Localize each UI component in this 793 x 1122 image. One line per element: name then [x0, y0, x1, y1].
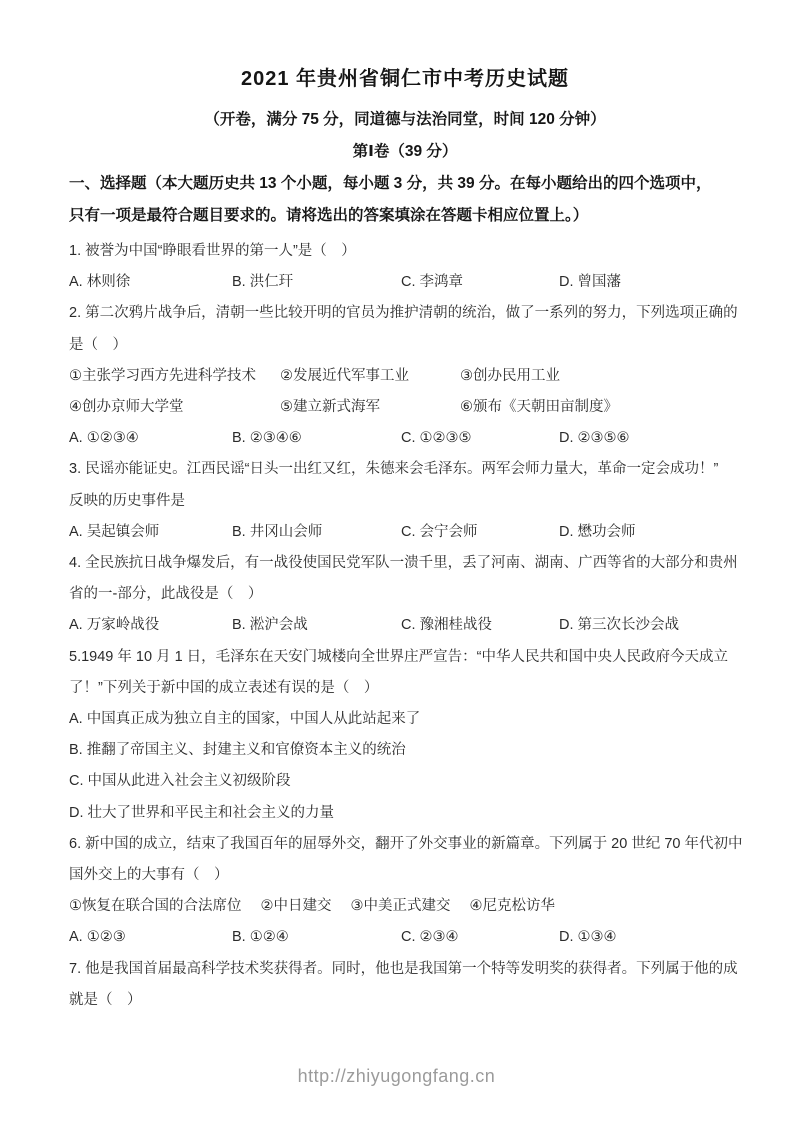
question-6-stem-line: 国外交上的大事有（ ） — [69, 860, 741, 891]
question-2: 2. 第二次鸦片战争后，清朝一些比较开明的官员为推护清朝的统治，做了一系列的努力… — [69, 298, 741, 454]
option-cell: C. 李鸿章 — [401, 267, 559, 298]
question-6: 6. 新中国的成立，结束了我国百年的屈辱外交，翻开了外交事业的新篇章。下列属于 … — [69, 829, 741, 954]
question-7-stem-line: 7. 他是我国首届最高科学技术奖获得者。同时，他也是我国第一个特等发明奖的获得者… — [69, 954, 741, 985]
question-5-option-line: B. 推翻了帝国主义、封建主义和官僚资本主义的统治 — [69, 735, 741, 766]
question-5-stem-line: 了！”下列关于新中国的成立表述有误的是（ ） — [69, 673, 741, 704]
question-1-options-row: A. 林则徐B. 洪仁玕C. 李鸿章D. 曾国藩 — [69, 267, 741, 298]
question-4: 4. 全民族抗日战争爆发后，有一战役使国民党军队一溃千里，丢了河南、湖南、广西等… — [69, 548, 741, 642]
question-5-option-line: D. 壮大了世界和平民主和社会主义的力量 — [69, 798, 741, 829]
exam-page: 2021 年贵州省铜仁市中考历史试题 （开卷，满分 75 分，同道德与法治同堂，… — [0, 0, 793, 1122]
option-cell: D. ①③④ — [559, 922, 741, 953]
option-cell: B. 洪仁玕 — [232, 267, 401, 298]
option-cell: C. 会宁会师 — [401, 517, 559, 548]
exam-meta-line: （开卷，满分 75 分，同道德与法治同堂，时间 120 分钟） — [69, 104, 741, 136]
question-2-items-row: ④创办京师大学堂⑤建立新式海军⑥颁布《天朝田亩制度》 — [69, 392, 741, 423]
numbered-item-cell: ③中美正式建交 — [351, 898, 451, 914]
question-2-stem-line: 2. 第二次鸦片战争后，清朝一些比较开明的官员为推护清朝的统治，做了一系列的努力… — [69, 298, 741, 329]
question-5-option-line: C. 中国从此进入社会主义初级阶段 — [69, 766, 741, 797]
option-cell: B. ②③④⑥ — [232, 423, 401, 454]
question-4-stem-line: 4. 全民族抗日战争爆发后，有一战役使国民党军队一溃千里，丢了河南、湖南、广西等… — [69, 548, 741, 579]
option-cell: B. 井冈山会师 — [232, 517, 401, 548]
section-heading: 一、选择题（本大题历史共 13 个小题，每小题 3 分，共 39 分。在每小题给… — [69, 168, 741, 232]
question-1-stem-line: 1. 被誉为中国“睁眼看世界的第一人”是（ ） — [69, 236, 741, 267]
option-cell: C. ②③④ — [401, 922, 559, 953]
question-5-stem-line: 5.1949 年 10 月 1 日，毛泽东在天安门城楼向全世界庄严宣告：“中华人… — [69, 642, 741, 673]
question-2-items-row: ①主张学习西方先进科学技术②发展近代军事工业③创办民用工业 — [69, 361, 741, 392]
numbered-item-cell: ②中日建交 — [261, 898, 332, 914]
section-heading-line-2: 只有一项是最符合题目要求的。请将选出的答案填涂在答题卡相应位置上。） — [69, 200, 741, 232]
question-1: 1. 被誉为中国“睁眼看世界的第一人”是（ ）A. 林则徐B. 洪仁玕C. 李鸿… — [69, 236, 741, 298]
option-cell: C. ①②③⑤ — [401, 423, 559, 454]
numbered-item-cell: ③创办民用工业 — [460, 361, 741, 392]
question-3: 3. 民谣亦能证史。江西民谣“日头一出红又红，朱德来会毛泽东。两军会师力量大，革… — [69, 454, 741, 548]
question-6-items-row: ①恢复在联合国的合法席位②中日建交③中美正式建交④尼克松访华 — [69, 891, 741, 922]
question-2-options-row: A. ①②③④B. ②③④⑥C. ①②③⑤D. ②③⑤⑥ — [69, 423, 741, 454]
option-cell: A. 林则徐 — [69, 267, 232, 298]
question-2-stem-line: 是（ ） — [69, 330, 741, 361]
option-cell: B. 淞沪会战 — [232, 610, 401, 641]
numbered-item-cell: ①恢复在联合国的合法席位 — [69, 898, 242, 914]
option-cell: D. ②③⑤⑥ — [559, 423, 741, 454]
question-3-options-row: A. 吴起镇会师B. 井冈山会师C. 会宁会师D. 懋功会师 — [69, 517, 741, 548]
question-3-stem-line: 3. 民谣亦能证史。江西民谣“日头一出红又红，朱德来会毛泽东。两军会师力量大，革… — [69, 454, 741, 485]
numbered-item-cell: ④尼克松访华 — [470, 898, 556, 914]
watermark-url: http://zhiyugongfang.cn — [0, 1064, 793, 1088]
question-6-options-row: A. ①②③B. ①②④C. ②③④D. ①③④ — [69, 922, 741, 953]
option-cell: A. 万家岭战役 — [69, 610, 232, 641]
question-7: 7. 他是我国首届最高科学技术奖获得者。同时，他也是我国第一个特等发明奖的获得者… — [69, 954, 741, 1016]
question-3-stem-line: 反映的历史事件是 — [69, 486, 741, 517]
option-cell: D. 曾国藩 — [559, 267, 741, 298]
question-6-stem-line: 6. 新中国的成立，结束了我国百年的屈辱外交，翻开了外交事业的新篇章。下列属于 … — [69, 829, 741, 860]
option-cell: D. 第三次长沙会战 — [559, 610, 741, 641]
page-title: 2021 年贵州省铜仁市中考历史试题 — [69, 64, 741, 94]
numbered-item-cell: ①主张学习西方先进科学技术 — [69, 361, 280, 392]
page-content: 2021 年贵州省铜仁市中考历史试题 （开卷，满分 75 分，同道德与法治同堂，… — [0, 0, 793, 1016]
option-cell: D. 懋功会师 — [559, 517, 741, 548]
option-cell: C. 豫湘桂战役 — [401, 610, 559, 641]
numbered-item-cell: ⑤建立新式海军 — [280, 392, 460, 423]
option-cell: A. ①②③ — [69, 922, 232, 953]
section-heading-line-1: 一、选择题（本大题历史共 13 个小题，每小题 3 分，共 39 分。在每小题给… — [69, 168, 741, 200]
question-7-stem-line: 就是（ ） — [69, 985, 741, 1016]
option-cell: B. ①②④ — [232, 922, 401, 953]
question-5: 5.1949 年 10 月 1 日，毛泽东在天安门城楼向全世界庄严宣告：“中华人… — [69, 642, 741, 829]
questions-list: 1. 被誉为中国“睁眼看世界的第一人”是（ ）A. 林则徐B. 洪仁玕C. 李鸿… — [69, 236, 741, 1016]
question-4-options-row: A. 万家岭战役B. 淞沪会战C. 豫湘桂战役D. 第三次长沙会战 — [69, 610, 741, 641]
numbered-item-cell: ②发展近代军事工业 — [280, 361, 460, 392]
option-cell: A. 吴起镇会师 — [69, 517, 232, 548]
question-4-stem-line: 省的一-部分，此战役是（ ） — [69, 579, 741, 610]
option-cell: A. ①②③④ — [69, 423, 232, 454]
numbered-item-cell: ⑥颁布《天朝田亩制度》 — [460, 392, 741, 423]
numbered-item-cell: ④创办京师大学堂 — [69, 392, 280, 423]
volume-heading: 第Ⅰ卷（39 分） — [69, 136, 741, 168]
question-5-option-line: A. 中国真正成为独立自主的国家，中国人从此站起来了 — [69, 704, 741, 735]
